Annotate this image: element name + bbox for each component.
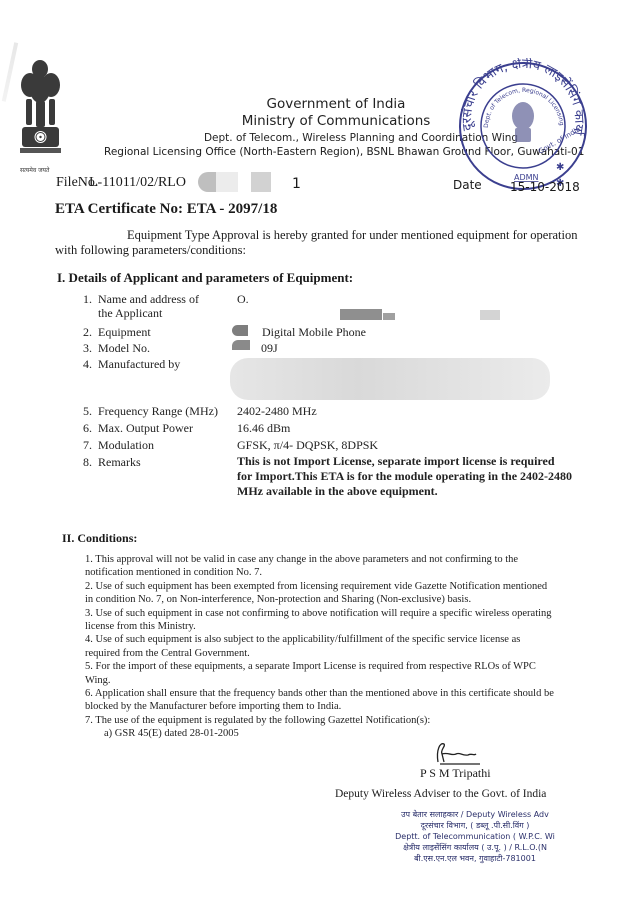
condition-item: 3. Use of such equipment in case not con… <box>85 607 555 634</box>
detail-value-remarks: This is not Import License, separate imp… <box>237 454 572 499</box>
condition-item: 7. The use of the equipment is regulated… <box>85 714 555 727</box>
condition-item: 2. Use of such equipment has been exempt… <box>85 580 555 607</box>
seal-line: बी.एस.एन.एल भवन, गुवाहाटी-781001 <box>380 853 570 864</box>
seal-line: क्षेत्रीय लाइसेंसिंग कार्यालय ( उ.पू. ) … <box>380 842 570 853</box>
redaction-block <box>480 310 500 320</box>
date-label: Date <box>453 178 482 192</box>
detail-label-remarks: 8.Remarks <box>83 455 141 469</box>
certificate-intro: Equipment Type Approval is hereby grante… <box>55 228 595 258</box>
redaction-block <box>198 172 216 192</box>
detail-value-equipment: Digital Mobile Phone <box>262 325 366 339</box>
detail-label-frequency: 5.Frequency Range (MHz) <box>83 404 218 418</box>
redaction-block <box>251 172 271 192</box>
detail-label-applicant: 1.Name and address of the Applicant <box>83 292 199 320</box>
seal-line: उप बेतार सलाहकार / Deputy Wireless Adv <box>380 809 570 820</box>
certificate-number: ETA Certificate No: ETA - 2097/18 <box>55 201 277 218</box>
detail-value-modulation: GFSK, π/4- DQPSK, 8DPSK <box>237 438 378 452</box>
detail-value-frequency: 2402-2480 MHz <box>237 404 317 418</box>
redaction-block <box>216 172 238 192</box>
redaction-block-manufacturer <box>230 358 550 400</box>
svg-text:Govt. of India: Govt. of India <box>537 125 582 156</box>
condition-item: 6. Application shall ensure that the fre… <box>85 687 555 714</box>
detail-label-power: 6.Max. Output Power <box>83 421 193 435</box>
condition-item: 4. Use of such equipment is also subject… <box>85 633 555 660</box>
detail-label-manufacturer: 4.Manufactured by <box>83 357 180 371</box>
condition-item: 1. This approval will not be valid in ca… <box>85 553 555 580</box>
detail-label-modulation: 7.Modulation <box>83 438 154 452</box>
redaction-block <box>232 325 248 336</box>
emblem-motto: सत्यमेव जयते <box>20 166 49 174</box>
detail-label-model: 3.Model No. <box>83 341 150 355</box>
svg-text:✱: ✱ <box>556 162 564 173</box>
file-number-value: L-11011/02/RLO <box>89 175 186 191</box>
conditions-list: 1. This approval will not be valid in ca… <box>85 553 555 741</box>
date-value: 15-10-2018 <box>510 180 580 194</box>
scan-artifact <box>2 42 18 102</box>
detail-label-equipment: 2.Equipment <box>83 325 151 339</box>
section-1-title: I. Details of Applicant and parameters o… <box>57 270 353 286</box>
redaction-block <box>383 313 395 320</box>
section-2-title: II. Conditions: <box>62 531 137 546</box>
redaction-block <box>232 340 250 350</box>
gazette-notification: a) GSR 45(E) dated 28-01-2005 <box>85 727 555 740</box>
detail-value-applicant: O. <box>237 292 249 306</box>
signer-name: P S M Tripathi <box>420 766 491 781</box>
condition-item: 5. For the import of these equipments, a… <box>85 660 555 687</box>
redaction-block <box>340 309 382 320</box>
seal-line: दूरसंचार विभाग, ( डब्लू .पी.सी.विंग ) <box>380 820 570 831</box>
official-stamp-icon: दूरसंचार विभाग, क्षेत्रीय लाइसेंसिंग कार… <box>452 58 592 194</box>
designation-seal: उप बेतार सलाहकार / Deputy Wireless Adv द… <box>380 809 570 864</box>
signature-icon <box>432 740 484 766</box>
signer-title: Deputy Wireless Adviser to the Govt. of … <box>335 788 546 800</box>
seal-line: Deptt. of Telecommunication ( W.P.C. Wi <box>380 831 570 842</box>
file-number-suffix: 1 <box>292 176 301 192</box>
detail-value-model: 09J <box>261 341 278 355</box>
detail-value-power: 16.46 dBm <box>237 421 290 435</box>
